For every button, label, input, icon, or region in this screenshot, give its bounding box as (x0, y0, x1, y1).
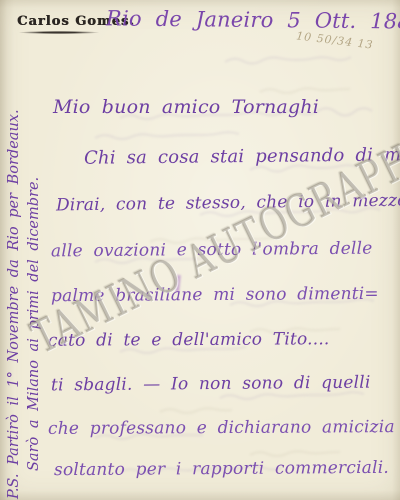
letter-line: ti sbagli. — Io non sono di quelli (51, 373, 371, 396)
letter-scan-page: Carlos Gomes. Rio de Janeiro 5 Ott. 1880… (0, 0, 400, 500)
letterhead-rule (19, 31, 99, 34)
letter-line: palme brasiliane mi sono dimenti= (51, 284, 379, 306)
salutation: Mio buon amico Tornaghi (53, 96, 319, 118)
margin-postscript: P.S. Partirò il 1° Novembre da Rio per B… (4, 73, 44, 499)
margin-ps-line: P.S. Partirò il 1° Novembre da Rio per B… (4, 73, 24, 499)
letter-line: che professano e dichiarano amicizia (48, 417, 395, 439)
letter-line: cato di te e dell'amico Tito.... (48, 329, 330, 350)
letter-line: Dirai, con te stesso, che io in mezzo (56, 191, 400, 216)
letter-line: soltanto per i rapporti commerciali. (54, 458, 389, 480)
dateline: Rio de Janeiro 5 Ott. 1880 (106, 6, 400, 33)
letter-line: Chi sa cosa stai pensando di me! (84, 144, 400, 169)
letter-line: alle ovazioni e sotto l'ombra delle (51, 239, 373, 262)
margin-ps-line: Sarò a Milano ai primi del dicembre. (24, 73, 44, 499)
